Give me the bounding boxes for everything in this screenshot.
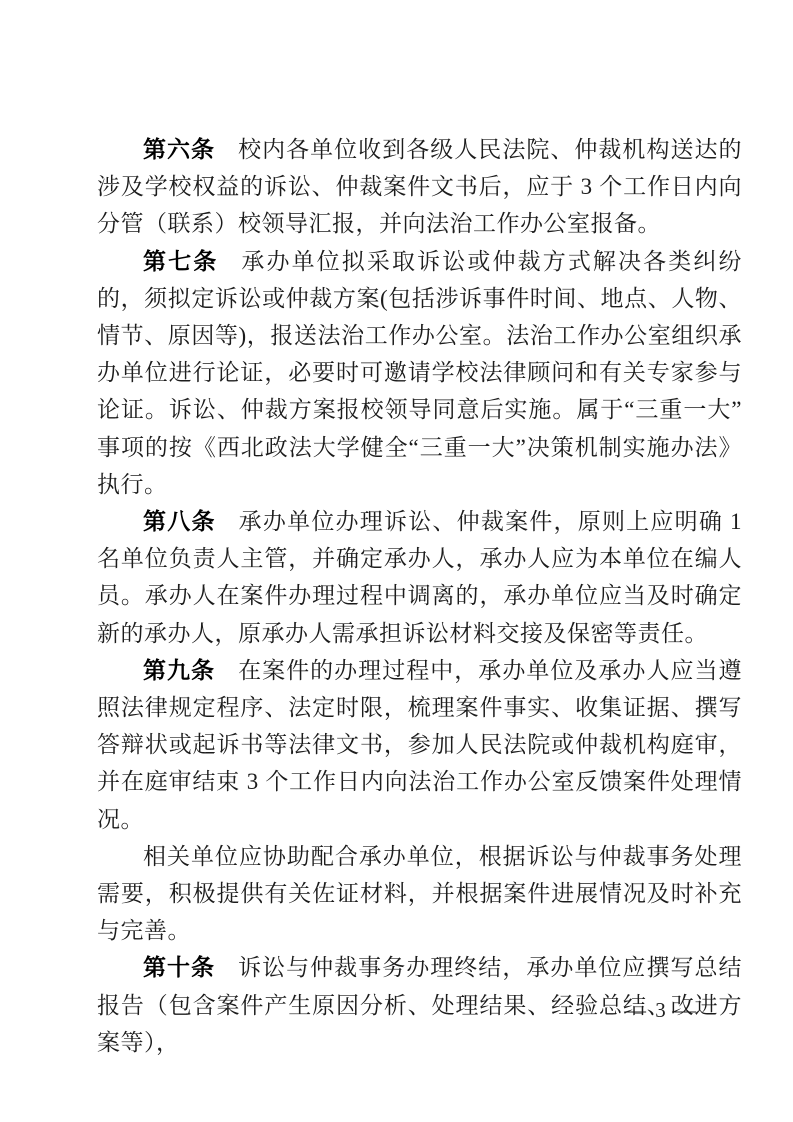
document-body: 第六条校内各单位收到各级人民法院、仲裁机构送达的涉及学校权益的诉讼、仲裁案件文书… — [97, 131, 742, 1061]
article-number: 第六条 — [143, 136, 215, 162]
article-text: 在案件的办理过程中，承办单位及承办人应当遵照法律规定程序、法定时限，梳理案件事实… — [97, 658, 742, 832]
article-text: 承办单位拟采取诉讼或仲裁方式解决各类纠纷的，须拟定诉讼或仲裁方案(包括涉诉事件时… — [97, 249, 742, 497]
article-paragraph: 第九条在案件的办理过程中，承办单位及承办人应当遵照法律规定程序、法定时限，梳理案… — [97, 652, 742, 838]
article-number: 第九条 — [143, 657, 215, 683]
article-paragraph: 相关单位应协助配合承办单位，根据诉讼与仲裁事务处理需要，积极提供有关佐证材料，并… — [97, 838, 742, 950]
article-number: 第七条 — [143, 248, 218, 274]
article-text: 相关单位应协助配合承办单位，根据诉讼与仲裁事务处理需要，积极提供有关佐证材料，并… — [97, 844, 742, 943]
article-number: 第十条 — [143, 954, 215, 980]
article-number: 第八条 — [143, 508, 216, 534]
page-number: — 3 — — [625, 998, 698, 1023]
article-paragraph: 第八条承办单位办理诉讼、仲裁案件，原则上应明确 1 名单位负责人主管，并确定承办… — [97, 503, 742, 652]
article-paragraph: 第七条承办单位拟采取诉讼或仲裁方式解决各类纠纷的，须拟定诉讼或仲裁方案(包括涉诉… — [97, 243, 742, 503]
article-paragraph: 第六条校内各单位收到各级人民法院、仲裁机构送达的涉及学校权益的诉讼、仲裁案件文书… — [97, 131, 742, 243]
document-page: 第六条校内各单位收到各级人民法院、仲裁机构送达的涉及学校权益的诉讼、仲裁案件文书… — [0, 0, 793, 1122]
